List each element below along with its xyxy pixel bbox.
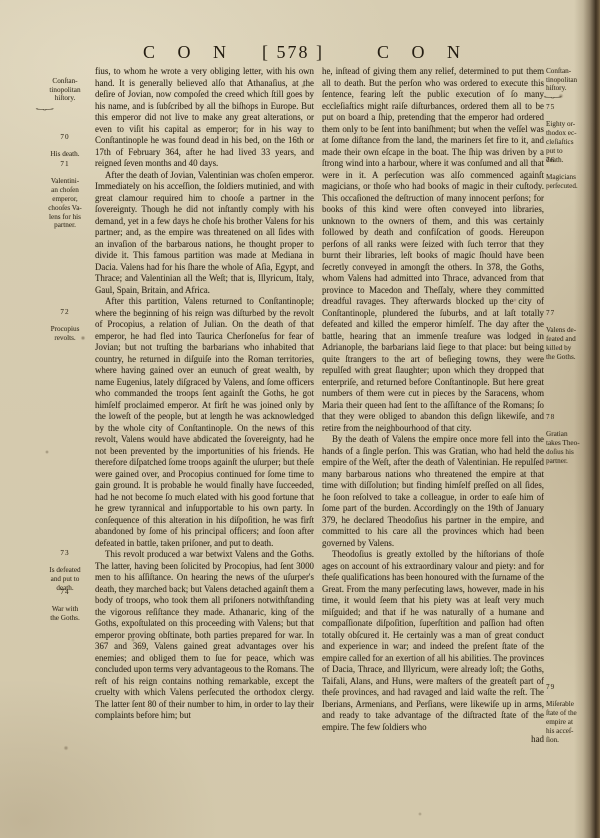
paragraph: fius, to whom he wrote a very obliging l… bbox=[95, 66, 314, 170]
margin-note-number: 78 bbox=[546, 413, 598, 422]
paragraph: By the death of Valens the empire once m… bbox=[322, 434, 544, 549]
paragraph: This revolt produced a war betwixt Valen… bbox=[95, 549, 314, 722]
margin-note: 74 War with the Goths. bbox=[36, 579, 94, 623]
catchword: had bbox=[322, 734, 544, 746]
margin-note: 79 Miſerable ſtate of the empire at his … bbox=[546, 674, 598, 744]
header-title-left: C O N bbox=[143, 42, 235, 63]
brace-mark: ⏟ bbox=[36, 100, 55, 111]
margin-note-number: 74 bbox=[36, 588, 94, 597]
margin-note-number: 76 bbox=[546, 156, 598, 165]
margin-note-number: 79 bbox=[546, 683, 598, 692]
margin-note-number: 70 bbox=[36, 133, 94, 142]
margin-note-text: Gratian takes Theo- doſius his partner. bbox=[546, 430, 580, 464]
margin-note-text: Magicians perſecuted. bbox=[546, 173, 578, 190]
margin-note-number: 75 bbox=[546, 103, 598, 112]
margin-note-text: Valens de- feated and killed by the Goth… bbox=[546, 326, 576, 360]
margin-note-text: War with the Goths. bbox=[50, 605, 80, 622]
paragraph: After this partition, Valens returned to… bbox=[95, 296, 314, 549]
margin-note-number: 73 bbox=[36, 549, 94, 558]
margin-note-number: 71 bbox=[36, 160, 94, 169]
margin-note: 78 Gratian takes Theo- doſius his partne… bbox=[546, 404, 598, 466]
margin-note-text: Procopius revolts. bbox=[51, 325, 80, 342]
paragraph: After the death of Jovian, Valentinian w… bbox=[95, 170, 314, 297]
running-header: C O N [ 578 ] C O N bbox=[0, 42, 600, 64]
scanned-book-page: C O N [ 578 ] C O N Conſtan- tinopolitan… bbox=[0, 0, 600, 838]
margin-note: 76 Magicians perſecuted. bbox=[546, 147, 598, 191]
margin-note-history: Conſtan- tinopolitan hiſtory. bbox=[36, 68, 94, 103]
margin-note: 71 Valentini- an choſen emperor, chooſes… bbox=[36, 151, 94, 230]
header-title-right: C O N bbox=[377, 42, 469, 63]
page-number: [ 578 ] bbox=[262, 42, 324, 63]
paragraph: Theodoſius is greatly extolled by the hi… bbox=[322, 549, 544, 733]
margin-note-number: 77 bbox=[546, 309, 598, 318]
paragraph: he, inſtead of giving them any relief, d… bbox=[322, 66, 544, 434]
margin-note-number: 72 bbox=[36, 308, 94, 317]
margin-note-text: Conſtan- tinopolitan hiſtory. bbox=[49, 77, 80, 103]
margin-note: 72 Procopius revolts. bbox=[36, 299, 94, 343]
text-column-left: fius, to whom he wrote a very obliging l… bbox=[95, 66, 314, 722]
text-column-right: he, inſtead of giving them any relief, d… bbox=[322, 66, 544, 746]
margin-note-text: Valentini- an choſen emperor, chooſes Va… bbox=[48, 177, 82, 229]
margin-note-text: Miſerable ſtate of the empire at his acc… bbox=[546, 700, 577, 743]
margin-note: 77 Valens de- feated and killed by the G… bbox=[546, 300, 598, 362]
